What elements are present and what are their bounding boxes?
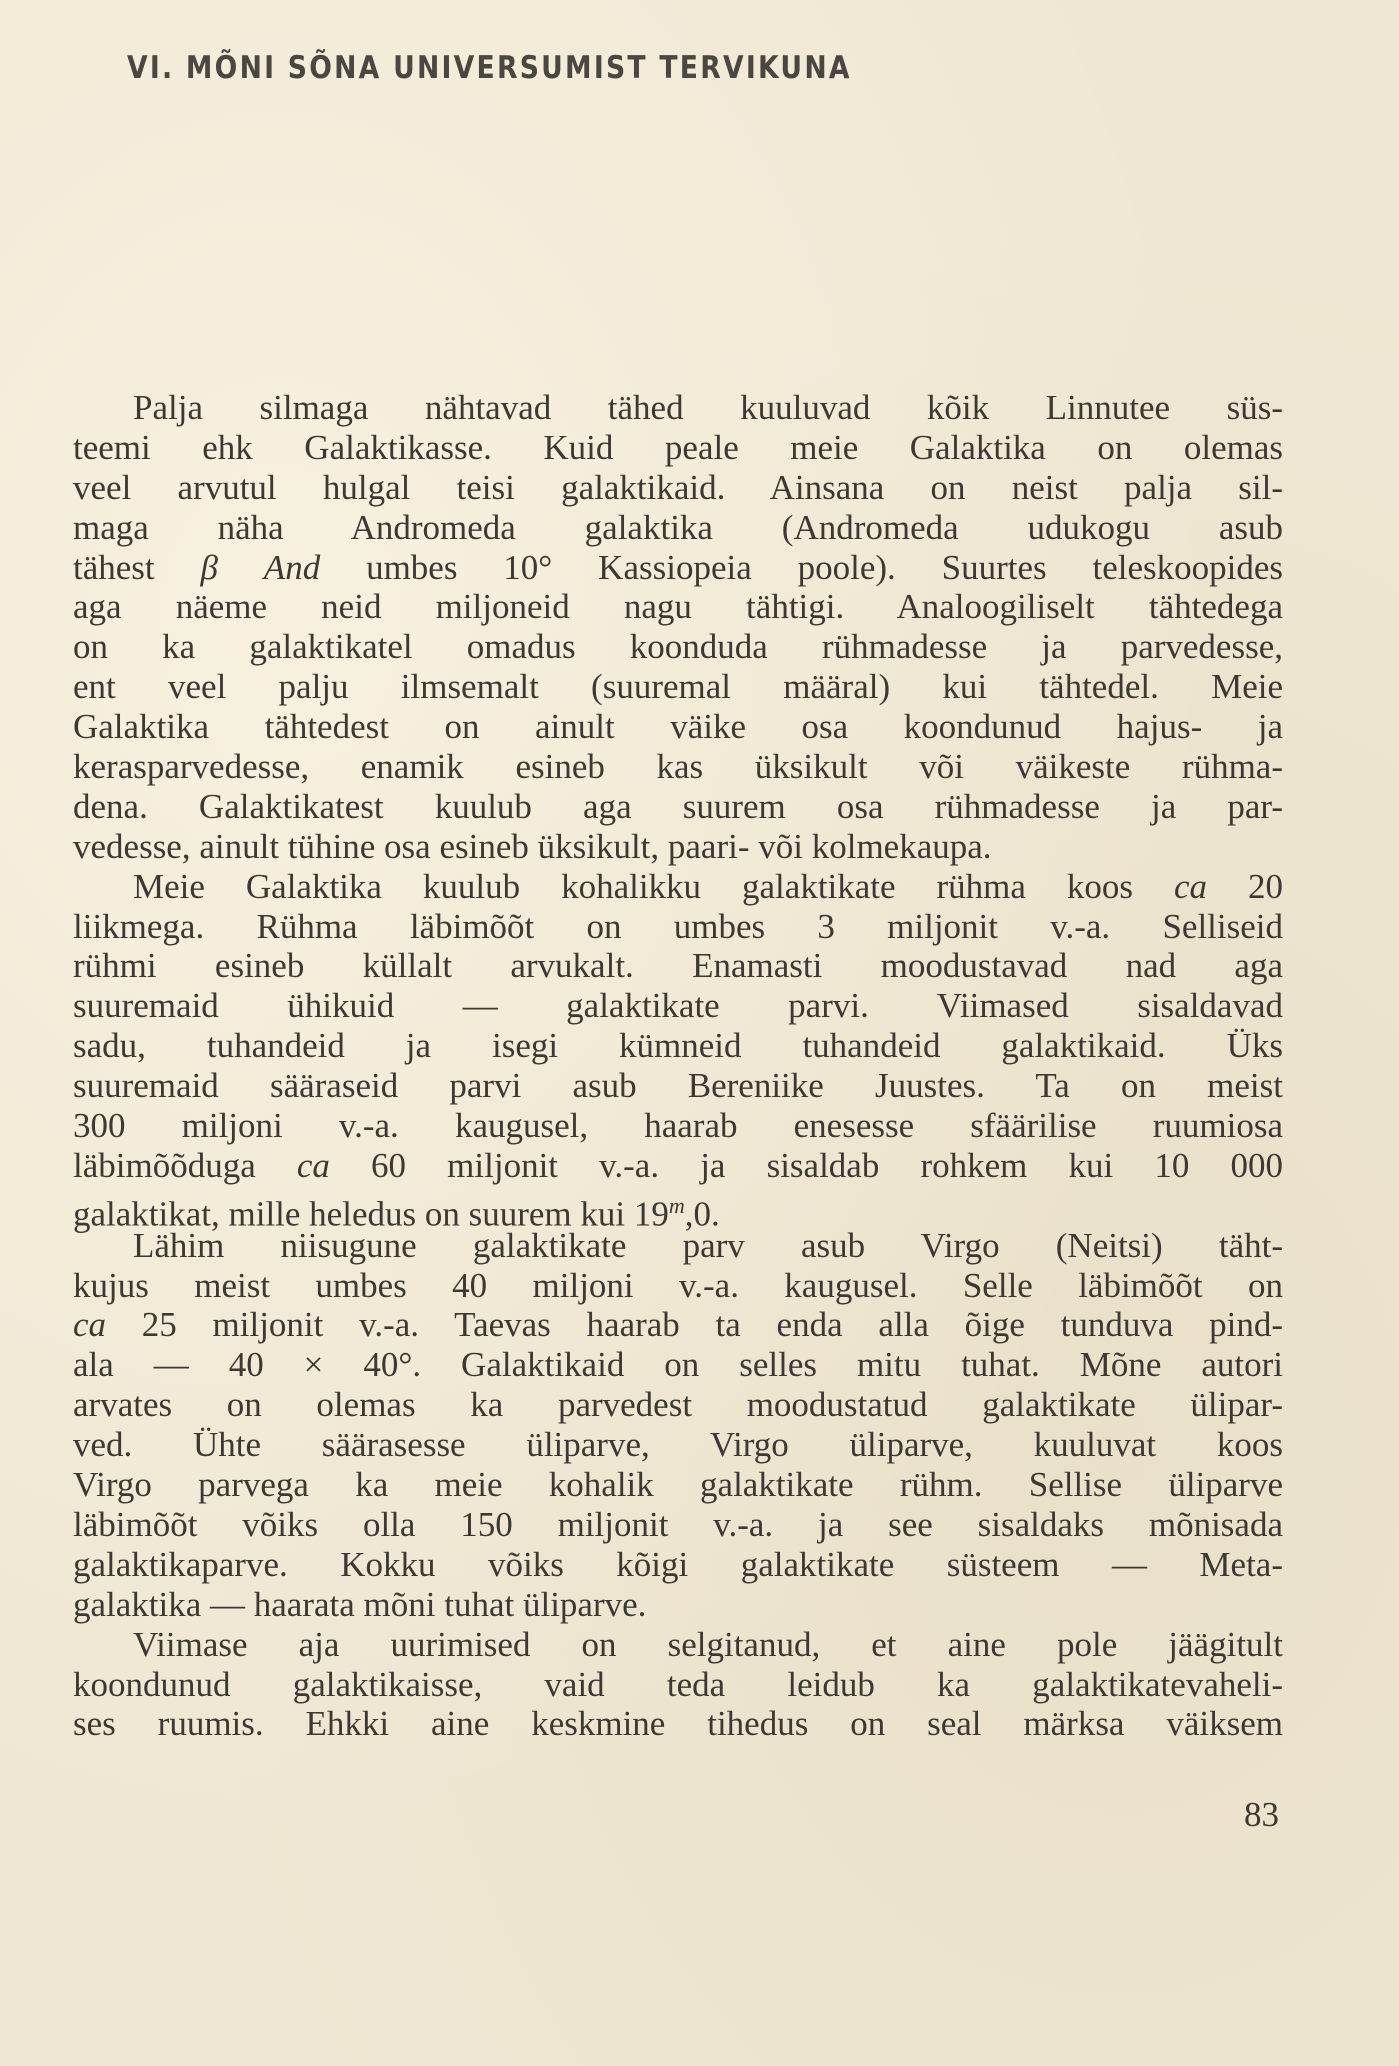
text-line: rühmi esineb küllalt arvukalt. Enamasti … [73,946,1283,986]
text-line: vedesse, ainult tühine osa esineb üksiku… [73,827,1283,867]
text-line: ca 25 miljonit v.-a. Taevas haarab ta en… [73,1305,1283,1345]
text-line: liikmega. Rühma läbimõõt on umbes 3 milj… [73,907,1283,947]
page-number: 83 [1244,1795,1279,1835]
text-line: Palja silmaga nähtavad tähed kuuluvad kõ… [73,388,1283,428]
text-line: kerasparvedesse, enamik esineb kas üksik… [73,747,1283,787]
body-text: Palja silmaga nähtavad tähed kuuluvad kõ… [73,388,1283,1744]
paragraph: Viimase aja uurimised on selgitanud, et … [73,1625,1283,1745]
paragraph: Meie Galaktika kuulub kohalikku galaktik… [73,867,1283,1226]
text-line: veel arvutul hulgal teisi galaktikaid. A… [73,468,1283,508]
text-line: suuremaid ühikuid — galaktikate parvi. V… [73,986,1283,1026]
text-line: ent veel palju ilmsemalt (suuremal määra… [73,667,1283,707]
chapter-heading: VI. MÕNI SÕNA UNIVERSUMIST TERVIKUNA [127,50,852,86]
text-line: aga näeme neid miljoneid nagu tähtigi. A… [73,587,1283,627]
text-line: sadu, tuhandeid ja isegi kümneid tuhande… [73,1026,1283,1066]
text-line: ved. Ühte säärasesse üliparve, Virgo üli… [73,1425,1283,1465]
text-line: Lähim niisugune galaktikate parv asub Vi… [73,1226,1283,1266]
text-line: Viimase aja uurimised on selgitanud, et … [73,1625,1283,1665]
text-line: dena. Galaktikatest kuulub aga suurem os… [73,787,1283,827]
paragraph: Palja silmaga nähtavad tähed kuuluvad kõ… [73,388,1283,867]
text-line: galaktikaparve. Kokku võiks kõigi galakt… [73,1545,1283,1585]
book-page: VI. MÕNI SÕNA UNIVERSUMIST TERVIKUNA Pal… [0,0,1399,2066]
text-line: koondunud galaktikaisse, vaid teda leidu… [73,1665,1283,1705]
text-line: ala — 40 × 40°. Galaktikaid on selles mi… [73,1345,1283,1385]
text-line: kujus meist umbes 40 miljoni v.-a. kaugu… [73,1266,1283,1306]
text-line: 300 miljoni v.-a. kaugusel, haarab enese… [73,1106,1283,1146]
text-line: ses ruumis. Ehkki aine keskmine tihedus … [73,1704,1283,1744]
text-line: läbimõõduga ca 60 miljonit v.-a. ja sisa… [73,1146,1283,1186]
text-line: Virgo parvega ka meie kohalik galaktikat… [73,1465,1283,1505]
text-line: maga näha Andromeda galaktika (Andromeda… [73,508,1283,548]
text-line: galaktika — haarata mõni tuhat üliparve. [73,1585,1283,1625]
text-line: galaktikat, mille heledus on suurem kui … [73,1186,1283,1226]
text-line: tähest β And umbes 10° Kassiopeia poole)… [73,548,1283,588]
text-line: suuremaid sääraseid parvi asub Bereniike… [73,1066,1283,1106]
text-line: on ka galaktikatel omadus koonduda rühma… [73,627,1283,667]
text-line: Meie Galaktika kuulub kohalikku galaktik… [73,867,1283,907]
paragraph: Lähim niisugune galaktikate parv asub Vi… [73,1226,1283,1625]
text-line: teemi ehk Galaktikasse. Kuid peale meie … [73,428,1283,468]
text-line: läbimõõt võiks olla 150 miljonit v.-a. j… [73,1505,1283,1545]
text-line: arvates on olemas ka parvedest moodustat… [73,1385,1283,1425]
text-line: Galaktika tähtedest on ainult väike osa … [73,707,1283,747]
